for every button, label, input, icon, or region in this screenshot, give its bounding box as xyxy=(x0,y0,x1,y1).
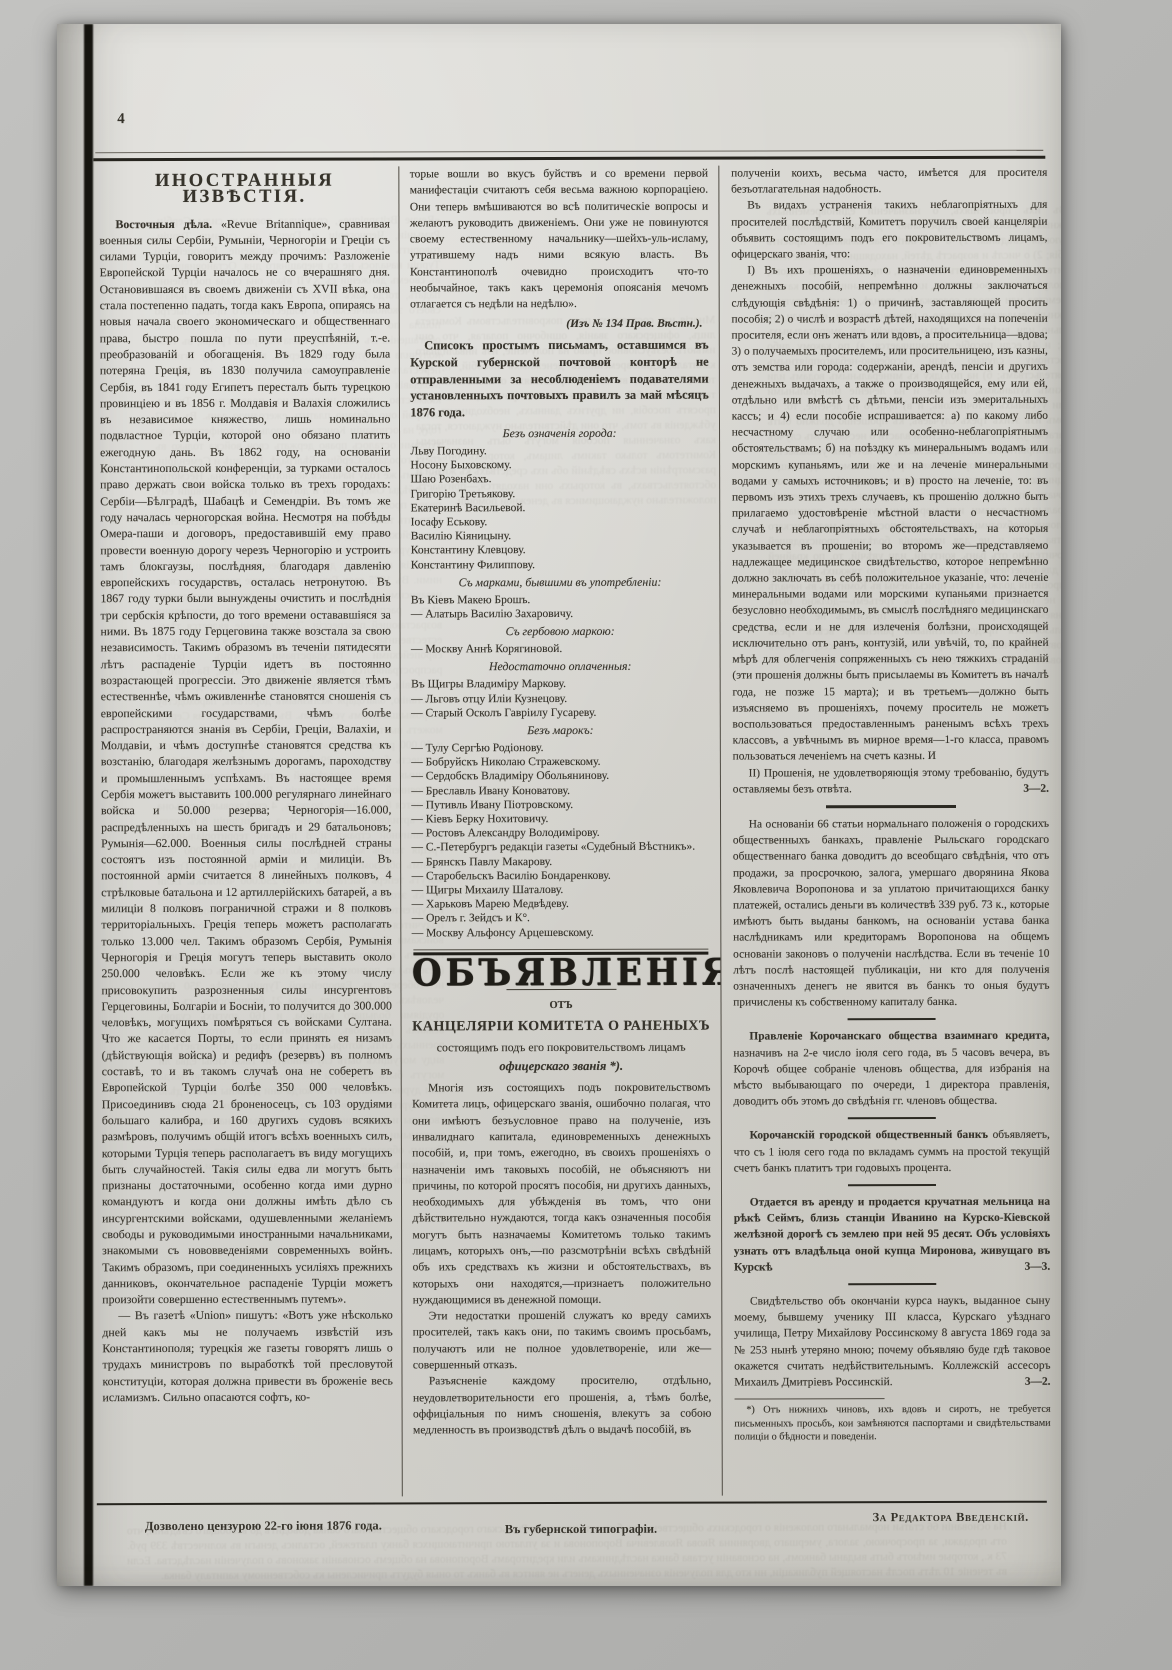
ad-divider xyxy=(826,805,956,808)
letters-group-heading: Безъ марокъ: xyxy=(411,722,709,740)
notice-point-two: II) Прошенія, не удовлетворяющія этому т… xyxy=(733,764,1049,797)
ad-divider xyxy=(848,1117,936,1119)
letter-list-item: — Путивль Ивану Піотровскому. xyxy=(411,797,709,812)
ad-lead: Правленіе Корочанскаго общества взаимнаг… xyxy=(749,1030,1049,1043)
letter-list-item: Константину Клевцову. xyxy=(411,543,709,558)
banner-rule xyxy=(414,948,708,950)
ad-mill-lease: Отдается въ аренду и продается кручатная… xyxy=(734,1194,1050,1276)
letters-group-heading: Съ марками, бывшими въ употребленіи: xyxy=(411,573,709,591)
ad-divider xyxy=(848,1283,936,1285)
notice-paragraph: Эти недостатки прошеній служатъ ко вреду… xyxy=(413,1308,712,1374)
ad-body-text: Отдается въ аренду и продается кручатная… xyxy=(734,1196,1050,1274)
letter-list-item: — Ростовъ Александру Володимірову. xyxy=(411,826,709,841)
letter-list-item: — С.-Петербургъ редакціи газеты «Судебны… xyxy=(411,840,709,855)
letters-group-heading: Недостаточно оплаченныя: xyxy=(411,658,709,676)
masthead-rule-thick xyxy=(93,156,1045,161)
ad-body-text: назначивъ на 2-е число іюля сего года, в… xyxy=(733,1046,1049,1107)
notice-paragraph: Многія изъ состоящихъ подъ покровительст… xyxy=(412,1080,711,1309)
ad-korocha-city-bank: Корочанскій городской общественный банкъ… xyxy=(734,1127,1050,1176)
masthead-rule-thin xyxy=(95,150,1043,153)
ad-body-text: Свидѣтельство объ окончаніи курса наукъ,… xyxy=(734,1295,1050,1389)
ad-rylsk-bank: На основаніи 66 статьи нормальнаго полож… xyxy=(733,816,1050,1011)
letter-list-item: — Москву Альфонсу Арцешевскому. xyxy=(412,925,710,940)
notice-subtitle-italic: офицерскаго званія *). xyxy=(412,1057,710,1074)
letter-list-item: Шаю Розенбахъ. xyxy=(411,472,709,487)
columns: ИНОСТРАННЫЯ ИЗВѢСТІЯ. Восточныя дѣла. «R… xyxy=(99,165,1050,1497)
insertion-mark: 3—3. xyxy=(1009,1259,1051,1275)
letter-list-item: Льву Погодину. xyxy=(410,444,708,459)
article-lead: Восточныя дѣла. xyxy=(115,216,212,230)
notice-continuation: полученіи коихъ, весьма часто, имѣется д… xyxy=(731,165,1047,198)
notice-subtitle: состоящимъ подъ его покровительствомъ ли… xyxy=(412,1039,710,1056)
letter-list-item: Екатеринѣ Васильевой. xyxy=(411,500,709,515)
notice-paragraph: Разъясненіе каждому просителю, отдѣльно,… xyxy=(413,1373,712,1439)
letter-list-item: Іосафу Еськову. xyxy=(411,515,709,530)
source-attribution: (Изъ № 134 Прав. Вѣстн.). xyxy=(410,315,702,332)
announcements-title: ОБЪЯВЛЕНІЯ. xyxy=(412,964,710,982)
letter-list-item: — Льговъ отцу Иліи Кузнецову. xyxy=(411,691,709,706)
notice-point-two-text: II) Прошенія, не удовлетворяющія этому т… xyxy=(733,766,1049,795)
letter-list-item: — Тулу Сергѣю Родіонову. xyxy=(411,741,709,756)
article-body-text: «Revue Britannique», сравнивая военныя с… xyxy=(100,216,393,1306)
footer-editor-line: За Редактора Введенскій. xyxy=(873,1510,1029,1525)
ad-lead: Корочанскій городской общественный банкъ xyxy=(750,1129,988,1142)
letter-list-item: Въ Кіевъ Макею Брошъ. xyxy=(411,592,709,607)
footer-printer-line: Въ губернской типографіи. xyxy=(505,1522,657,1537)
letter-list-item: — Бреславль Ивану Коноватову. xyxy=(411,783,709,798)
column-foreign-news: ИНОСТРАННЫЯ ИЗВѢСТІЯ. Восточныя дѣла. «R… xyxy=(99,166,402,1497)
footnote-rule xyxy=(734,1398,884,1399)
article-paragraph: — Въ газетѣ «Union» пишутъ: «Вотъ уже нѣ… xyxy=(102,1307,393,1406)
letter-list-item: Константину Филиппову. xyxy=(411,557,709,572)
ad-korocha-credit-society: Правленіе Корочанскаго общества взаимнаг… xyxy=(733,1028,1049,1110)
ad-divider xyxy=(848,1184,936,1186)
letter-list-item: — Алатырь Василію Захаровичу. xyxy=(411,607,709,622)
letter-list-item: — Харьковъ Марею Медвѣдеву. xyxy=(412,897,710,912)
ad-lost-certificate: Свидѣтельство объ окончаніи курса наукъ,… xyxy=(734,1293,1051,1391)
scanned-newspaper-page: { "page": { "number": "4", "footer": { "… xyxy=(0,0,1172,1670)
letter-list-item: — Старобельскъ Василію Бондаренкову. xyxy=(412,868,710,883)
page-number: 4 xyxy=(117,111,125,128)
article-paragraph: Восточныя дѣла. «Revue Britannique», сра… xyxy=(99,215,392,1308)
notice-office: КАНЦЕЛЯРІИ КОМИТЕТА О РАНЕНЫХЪ xyxy=(412,1018,710,1036)
notice-point-one: I) Въ ихъ прошеніяхъ, о назначеніи едино… xyxy=(731,262,1049,765)
letter-list-item: — Старый Осколъ Гавріилу Гусареву. xyxy=(411,705,709,720)
article-continuation: торые вошли во вкусъ буйствъ и со времен… xyxy=(410,166,709,313)
letter-list-item: — Брянскъ Павлу Макарову. xyxy=(412,854,710,869)
letter-list-item: — Бобруйскъ Николаю Стражевскому. xyxy=(411,755,709,770)
announcements-banner: ОБЪЯВЛЕНІЯ. xyxy=(412,948,710,990)
page-content: 4 ИНОСТРАННЫЯ ИЗВѢСТІЯ. Восточныя дѣла. … xyxy=(57,24,1061,1586)
letter-list-item: Григорію Третьякову. xyxy=(411,486,709,501)
insertion-mark: 3—2. xyxy=(1007,780,1049,796)
letters-group-heading: Съ гербовою маркою: xyxy=(411,623,709,641)
footer-censor-line: Дозволено цензурою 22-го іюня 1876 года. xyxy=(145,1518,382,1534)
letters-list-intro: Списокъ простымъ письмамъ, оставшимся въ… xyxy=(410,337,709,422)
letter-list-item: — Орелъ г. Зейдсъ и К°. xyxy=(412,911,710,926)
column-right: полученіи коихъ, весьма часто, имѣется д… xyxy=(719,165,1051,1496)
letter-list-item: Въ Щигры Владиміру Маркову. xyxy=(411,677,709,692)
column-middle: торые вошли во вкусъ буйствъ и со времен… xyxy=(399,166,723,1497)
section-heading-foreign-news: ИНОСТРАННЫЯ ИЗВѢСТІЯ. xyxy=(99,172,389,205)
notice-paragraph: Въ видахъ устраненія такихъ неблагопріят… xyxy=(731,197,1047,263)
footer-rule xyxy=(97,1501,1047,1505)
letter-list-item: — Сердобскъ Владиміру Обольянинову. xyxy=(411,769,709,784)
letter-list-item: — Щигры Михаилу Шаталову. xyxy=(412,883,710,898)
footnote: *) Отъ нижнихъ чиновъ, ихъ вдовъ и сирот… xyxy=(734,1403,1050,1444)
notice-from: ОТЪ xyxy=(412,998,710,1015)
ad-divider xyxy=(847,1018,935,1020)
letters-group-heading: Безъ означенія города: xyxy=(410,425,708,443)
newspaper-page: «Revue Britannique», сравнивая военныя с… xyxy=(57,24,1061,1586)
letter-list-item: Носону Быховскому. xyxy=(410,458,708,473)
letter-list-item: — Москву Аннѣ Корягиновой. xyxy=(411,642,709,657)
letter-list-item: — Кіевъ Берку Нохитовичу. xyxy=(411,812,709,827)
insertion-mark: 3—2. xyxy=(1009,1374,1051,1390)
letter-list-item: Василію Кіяницыну. xyxy=(411,529,709,544)
